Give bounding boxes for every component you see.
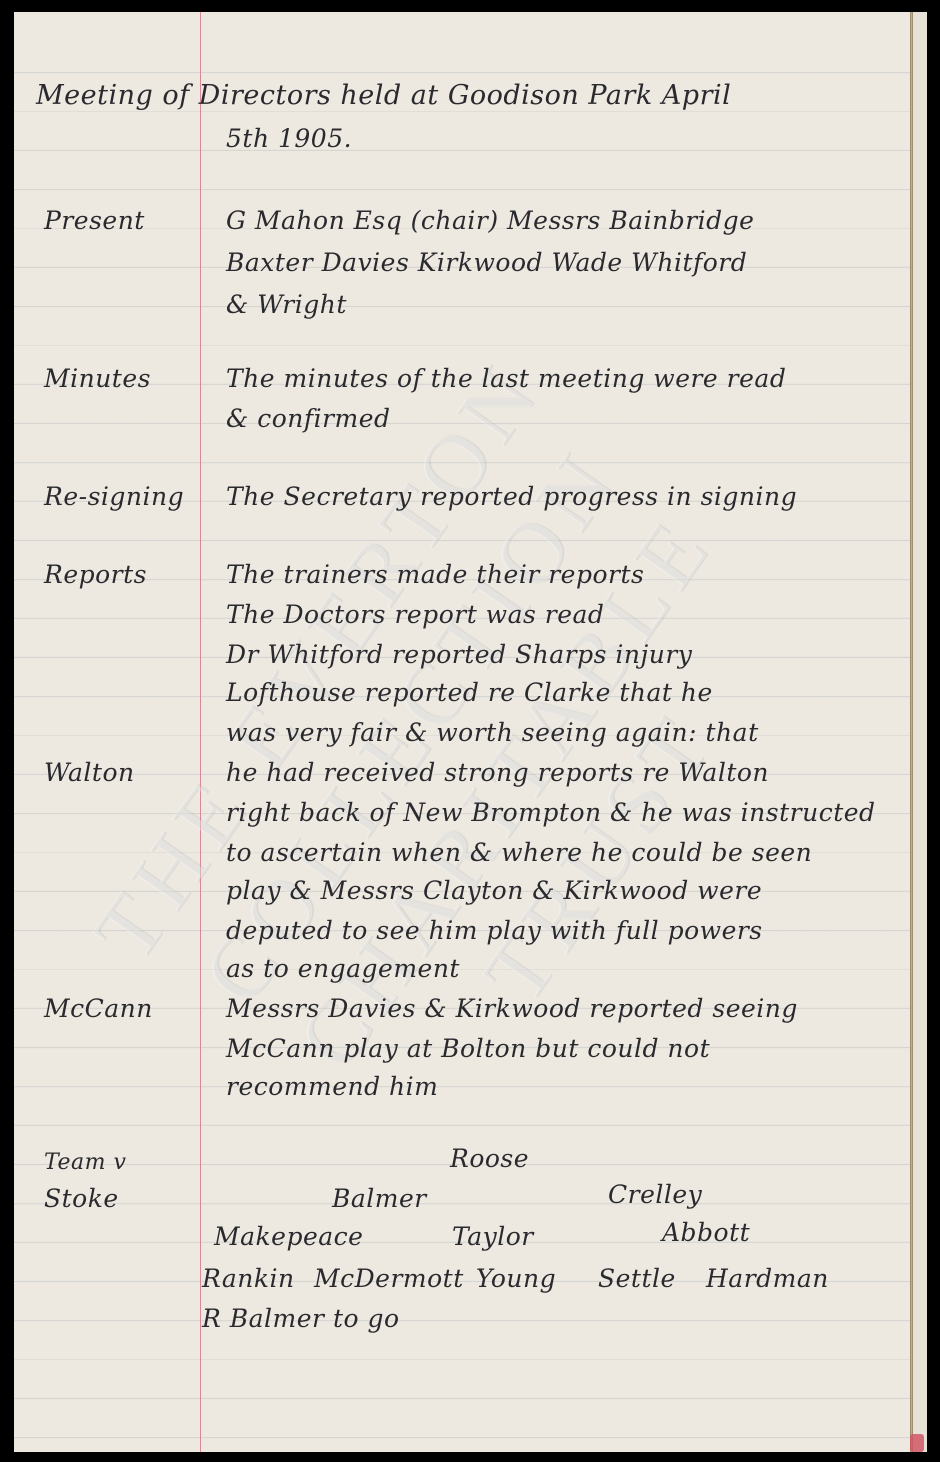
resigning-line: The Secretary reported progress in signi… — [226, 482, 797, 511]
ledger-page: THE EVERTON COLLECTION CHARITABLE TRUST … — [14, 12, 927, 1452]
red-page-mark — [910, 1434, 924, 1452]
minutes-title-line2: 5th 1905. — [226, 124, 352, 153]
walton-line: to ascertain when & where he could be se… — [226, 838, 812, 867]
walton-line: he had received strong reports re Walton — [226, 758, 769, 787]
team-forward: Hardman — [706, 1264, 829, 1293]
team-forward: McDermott — [314, 1264, 464, 1293]
reports-line: Lofthouse reported re Clarke that he — [226, 678, 713, 707]
walton-line: play & Messrs Clayton & Kirkwood were — [226, 876, 762, 905]
reports-line: The Doctors report was read — [226, 600, 604, 629]
walton-line: deputed to see him play with full powers — [226, 916, 763, 945]
team-back: Balmer — [332, 1184, 427, 1213]
team-label-line1: Team v — [44, 1150, 126, 1175]
team-halfback: Taylor — [452, 1222, 534, 1251]
team-halfback: Abbott — [662, 1218, 750, 1247]
team-back: Crelley — [608, 1180, 702, 1209]
team-forward: Young — [476, 1264, 556, 1293]
section-label-present: Present — [44, 206, 145, 235]
reports-line: The trainers made their reports — [226, 560, 644, 589]
margin-rule — [200, 12, 201, 1452]
mccann-line: recommend him — [226, 1072, 438, 1101]
team-forward: Rankin — [202, 1264, 295, 1293]
section-label-mccann: McCann — [44, 994, 153, 1023]
page-edge — [913, 12, 927, 1452]
section-label-reports: Reports — [44, 560, 147, 589]
section-label-resigning: Re-signing — [44, 482, 184, 511]
present-line: G Mahon Esq (chair) Messrs Bainbridge — [226, 206, 754, 235]
walton-line: as to engagement — [226, 954, 460, 983]
mccann-line: McCann play at Bolton but could not — [226, 1034, 710, 1063]
present-line: & Wright — [226, 290, 347, 319]
minutes-line: & confirmed — [226, 404, 391, 433]
team-goalkeeper: Roose — [450, 1144, 529, 1173]
team-label-line2: Stoke — [44, 1184, 119, 1213]
reports-line: Dr Whitford reported Sharps injury — [226, 640, 692, 669]
section-label-walton: Walton — [44, 758, 135, 787]
mccann-line: Messrs Davies & Kirkwood reported seeing — [226, 994, 798, 1023]
minutes-title-line1: Meeting of Directors held at Goodison Pa… — [36, 80, 731, 111]
team-note: R Balmer to go — [202, 1304, 400, 1333]
team-halfback: Makepeace — [214, 1222, 363, 1251]
team-forward: Settle — [598, 1264, 676, 1293]
section-label-minutes: Minutes — [44, 364, 151, 393]
reports-line: was very fair & worth seeing again: that — [226, 718, 759, 747]
minutes-line: The minutes of the last meeting were rea… — [226, 364, 786, 393]
walton-line: right back of New Brompton & he was inst… — [226, 798, 876, 827]
present-line: Baxter Davies Kirkwood Wade Whitford — [226, 248, 747, 277]
